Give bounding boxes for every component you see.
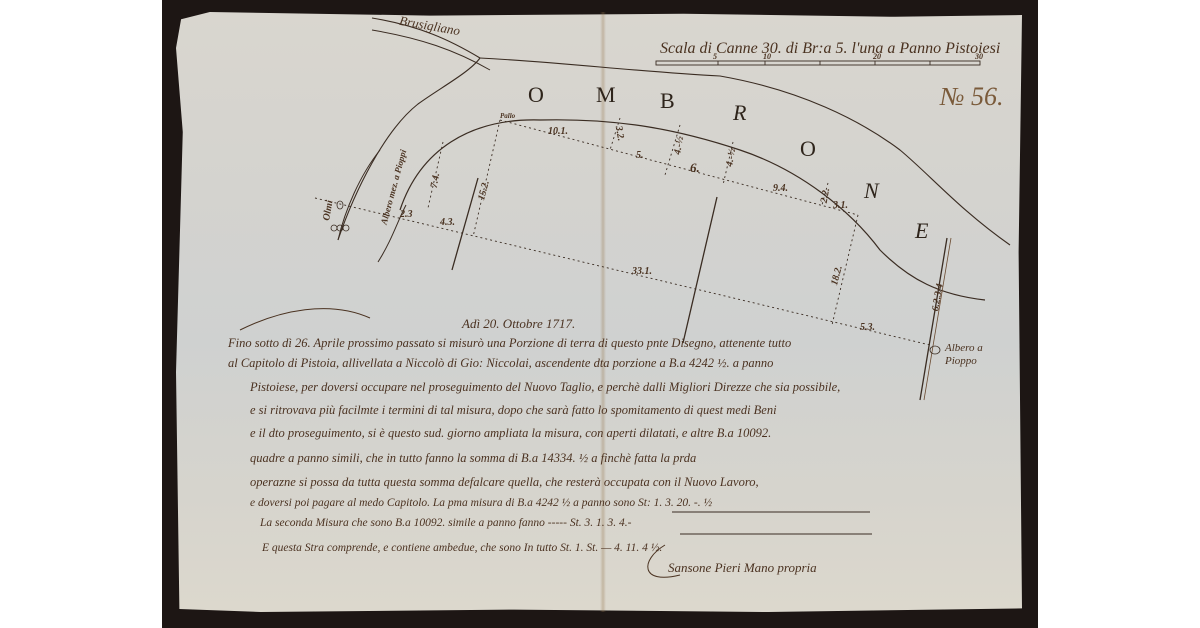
measurement: 33.1. xyxy=(632,266,652,277)
measurement: 6. xyxy=(690,160,700,176)
river-letter: O xyxy=(800,136,816,162)
signature: Sansone Pieri Mano propria xyxy=(668,560,817,576)
scale-tick: 20 xyxy=(873,52,881,61)
stream-line xyxy=(338,18,480,240)
corner-mark: Pallo xyxy=(500,112,515,120)
text-line: La seconda Misura che sono B.a 10092. si… xyxy=(260,517,631,529)
measurement: 3.2. xyxy=(613,125,626,142)
scale-title: Scala di Canne 30. di Br:a 5. l'una a Pa… xyxy=(660,40,1000,58)
measurement: 9.4. xyxy=(773,183,788,194)
measurement: 4.3. xyxy=(440,217,455,228)
river-inner-bank xyxy=(400,120,985,300)
text-line: Fino sotto dì 26. Aprile prossimo passat… xyxy=(228,336,791,351)
measurement: 2.3 xyxy=(400,209,413,220)
text-line: al Capitolo di Pistoia, allivellata a Ni… xyxy=(228,356,773,371)
text-line: Pistoiese, per doversi occupare nel pros… xyxy=(250,380,840,395)
albero-pioppo-label: Albero a Pioppo xyxy=(945,342,1005,368)
river-letter: M xyxy=(596,82,616,108)
river-letter: B xyxy=(660,88,675,114)
river-letter: N xyxy=(864,178,879,204)
river-letter: R xyxy=(733,100,746,126)
pioppo-tree xyxy=(930,346,940,354)
solid-marker-line xyxy=(452,178,478,270)
measurement: 3.1. xyxy=(833,200,848,211)
text-line: e doversi poi pagare al medo Capitolo. L… xyxy=(250,497,712,509)
catalog-number: № 56. xyxy=(940,82,1004,112)
scale-tick: 10 xyxy=(763,52,771,61)
measurement: 5. xyxy=(636,150,644,161)
text-line: e si ritrovava più facilmte i termini di… xyxy=(250,403,777,418)
text-line: operazne si possa da tutta questa somma … xyxy=(250,475,759,490)
measurement: 10.1. xyxy=(548,126,568,137)
text-line: quadre a panno simili, che in tutto fann… xyxy=(250,451,696,466)
measurement: 5.3. xyxy=(860,322,875,333)
document-date: Adì 20. Ottobre 1717. xyxy=(462,316,575,332)
scale-tick: 5 xyxy=(713,52,717,61)
boundary-line xyxy=(920,238,947,400)
solid-marker-line xyxy=(683,197,717,343)
river-letter: O xyxy=(528,82,544,108)
text-line: e il dto proseguimento, si è questo sud.… xyxy=(250,426,771,441)
river-letter: E xyxy=(915,218,928,244)
scale-tick: 30 xyxy=(975,52,983,61)
text-line: E questa Stra comprende, e contiene ambe… xyxy=(262,542,662,554)
scale-bar xyxy=(656,61,980,65)
